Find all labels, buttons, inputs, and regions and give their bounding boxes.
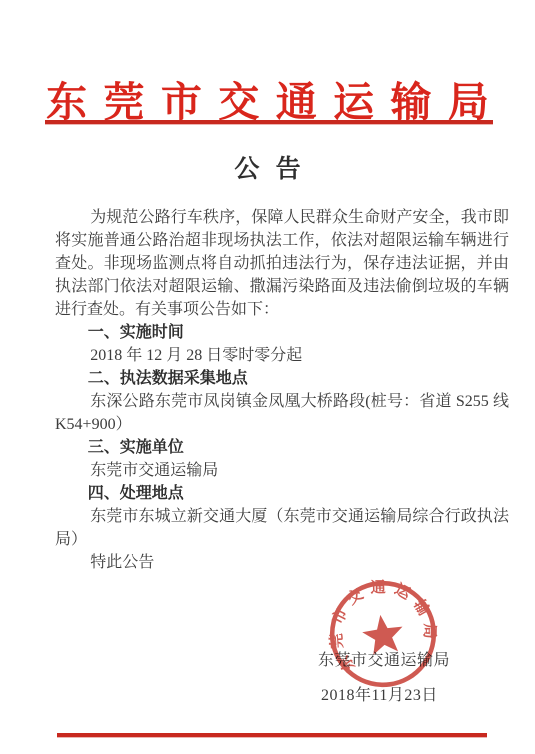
section-2-heading: 二、执法数据采集地点 [55, 367, 509, 390]
header-red-rule [45, 120, 493, 124]
section-3-paragraph: 东莞市交通运输局 [55, 459, 509, 482]
section-1-heading: 一、实施时间 [55, 321, 509, 344]
document-page: 东莞市交通运输局 公 告 为规范公路行车秩序，保障人民群众生命财产安全，我市即将… [0, 0, 535, 754]
official-seal: 东莞市交通运输局 [312, 563, 454, 705]
intro-paragraph: 为规范公路行车秩序，保障人民群众生命财产安全，我市即将实施普通公路治超非现场执法… [55, 206, 509, 321]
document-body: 为规范公路行车秩序，保障人民群众生命财产安全，我市即将实施普通公路治超非现场执法… [55, 206, 509, 574]
section-4-heading: 四、处理地点 [55, 482, 509, 505]
section-1-paragraph: 2018 年 12 月 28 日零时零分起 [55, 344, 509, 367]
section-3-heading: 三、实施单位 [55, 436, 509, 459]
footer-red-rule [57, 733, 487, 737]
seal-star-icon [360, 612, 406, 656]
section-4-paragraph: 东莞市东城立新交通大厦（东莞市交通运输局综合行政执法局） [55, 505, 509, 551]
closing-paragraph: 特此公告 [55, 551, 509, 574]
document-title: 公 告 [0, 149, 535, 185]
section-2-paragraph: 东深公路东莞市凤岗镇金凤凰大桥路段(桩号：省道 S255 线K54+900） [55, 390, 509, 436]
